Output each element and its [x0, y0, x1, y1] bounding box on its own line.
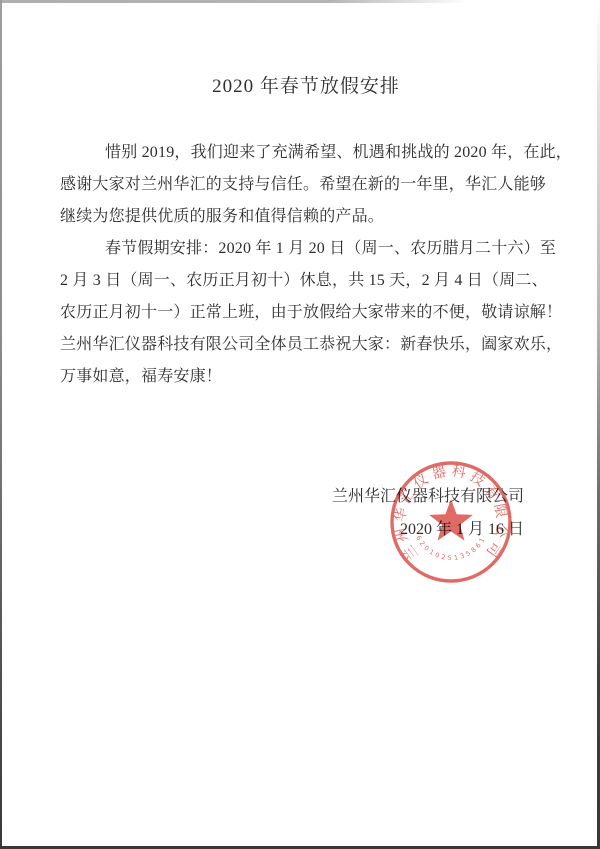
- paragraph-intro: 惜别 2019，我们迎来了充满希望、机遇和挑战的 2020 年，在此， 感谢大家…: [60, 137, 552, 233]
- text-line: 兰州华汇仪器科技有限公司全体员工恭祝大家：新春快乐，阖家欢乐，: [60, 329, 552, 361]
- paragraph-holiday-schedule: 春节假期安排：2020 年 1 月 20 日（周一、农历腊月二十六）至 2 月 …: [60, 233, 552, 393]
- text-line: 感谢大家对兰州华汇的支持与信任。希望在新的一年里，华汇人能够: [60, 169, 552, 201]
- signature-date: 2020 年 1 月 16 日: [60, 513, 524, 546]
- text-line: 农历正月初十一）正常上班，由于放假给大家带来的不便，敬请谅解！: [60, 297, 552, 329]
- text-line: 继续为您提供优质的服务和值得信赖的产品。: [60, 201, 552, 233]
- text-line: 2 月 3 日（周一、农历正月初十）休息，共 15 天，2 月 4 日（周二、: [60, 265, 552, 297]
- document-body: 2020 年春节放假安排 惜别 2019，我们迎来了充满希望、机遇和挑战的 20…: [0, 0, 600, 546]
- text-line: 春节假期安排：2020 年 1 月 20 日（周一、农历腊月二十六）至: [60, 233, 552, 265]
- signature-block: 兰州华汇仪器科技有限公司 2020 年 1 月 16 日: [60, 480, 552, 546]
- text-line: 惜别 2019，我们迎来了充满希望、机遇和挑战的 2020 年，在此，: [60, 137, 552, 169]
- scanned-page: 2020 年春节放假安排 惜别 2019，我们迎来了充满希望、机遇和挑战的 20…: [0, 0, 600, 849]
- signature-company: 兰州华汇仪器科技有限公司: [60, 480, 524, 513]
- document-title: 2020 年春节放假安排: [60, 74, 552, 100]
- text-line: 万事如意，福寿安康！: [60, 361, 552, 393]
